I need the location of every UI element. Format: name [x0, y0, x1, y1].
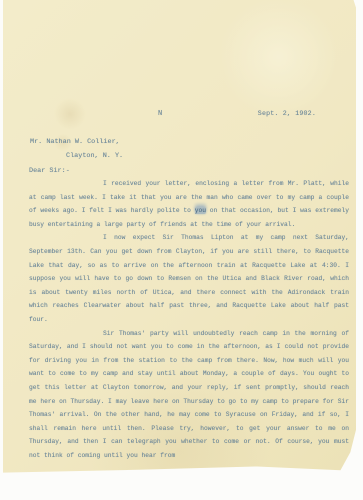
letter-paper: N Sept. 2, 1902. Mr. Nathan W. Collier, …: [3, 0, 356, 475]
ink-smudged-word: you: [195, 207, 206, 214]
scan-background: N Sept. 2, 1902. Mr. Nathan W. Collier, …: [0, 0, 363, 500]
paragraph-2: I now expect Sir Thomas Lipton at my cam…: [29, 231, 349, 326]
paragraph-1: I received your letter, enclosing a lett…: [29, 177, 349, 231]
recipient-address: Clayton, N. Y.: [66, 152, 123, 160]
page-number-mark: N: [158, 110, 162, 118]
salutation: Dear Sir:-: [29, 167, 70, 175]
recipient-name: Mr. Nathan W. Collier,: [30, 138, 120, 146]
letter-body: I received your letter, enclosing a lett…: [29, 177, 349, 462]
date-line: Sept. 2, 1902.: [258, 110, 316, 117]
paragraph-3: Sir Thomas' party will undoubtedly reach…: [29, 327, 349, 463]
